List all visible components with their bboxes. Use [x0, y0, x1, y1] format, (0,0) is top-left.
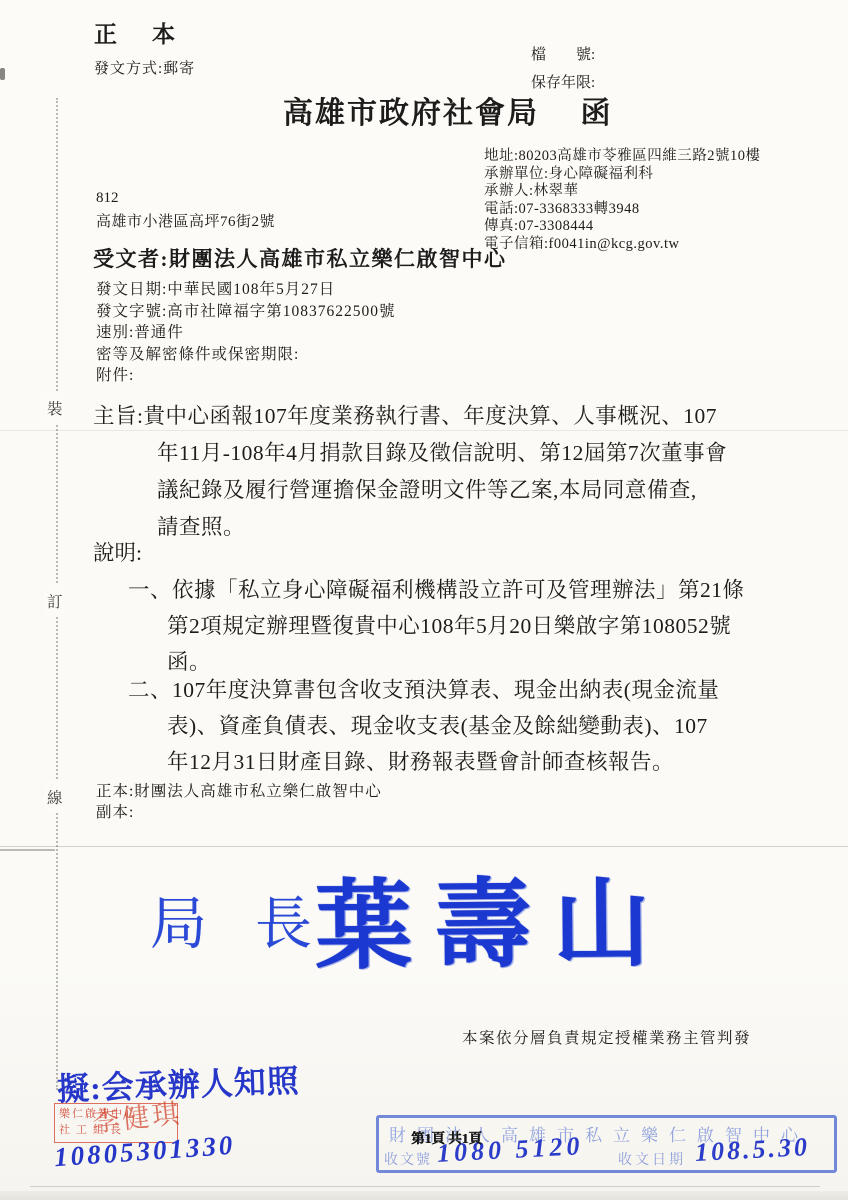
receipt-stamp-no-label: 收文號: [384, 1149, 432, 1169]
subject-line: 年11月-108年4月捐款目錄及徵信說明、第12屆第7次董事會: [157, 436, 727, 467]
sender-phone: 電話:07-3368333轉3948: [484, 201, 761, 219]
meta-attachment: 附件:: [96, 365, 396, 387]
cc-copy: 副本:: [96, 800, 134, 822]
meta-date: 發文日期:中華民國108年5月27日: [96, 279, 396, 301]
sender-email: 電子信箱:f0041in@kcg.gov.tw: [484, 236, 761, 254]
scan-edge-shadow: [0, 1191, 848, 1200]
explanation-item1-line: 一、依據「私立身心障礙福利機構設立許可及管理辦法」第21條: [128, 573, 745, 604]
subject-line: 主旨:貴中心函報107年度業務執行書、年度決算、人事概況、107: [93, 399, 717, 430]
receipt-stamp-date-label: 收文日期: [618, 1149, 686, 1169]
explanation-heading: 說明:: [93, 536, 142, 567]
fold-line: [0, 849, 55, 851]
recipient-line: 受文者:財團法人高雄市私立樂仁啟智中心: [93, 243, 507, 273]
file-number-label: 檔 號:: [531, 43, 595, 64]
binding-margin-char-zhuang: 裝: [45, 392, 65, 424]
meta-security: 密等及解密條件或保密期限:: [96, 344, 396, 366]
subject-line: 請查照。: [157, 510, 245, 541]
sender-contact-block: 地址:80203高雄市苓雅區四維三路2號10樓 承辦單位:身心障礙福利科 承辦人…: [484, 148, 761, 253]
recipient-zip: 812: [96, 190, 119, 207]
delegation-note: 本案依分層負責規定授權業務主管判發: [462, 1026, 751, 1048]
document-page: 裝 訂 線 正 本 發文方式:郵寄 檔 號: 保存年限: 高雄市政府社會局 函 …: [0, 0, 848, 1200]
fold-line: [30, 1186, 820, 1187]
director-name-stamp: 葉壽山: [314, 844, 672, 987]
explanation-item2-line: 年12月31日財產目錄、財務報表暨會計師查核報告。: [167, 745, 674, 776]
receipt-stamp-date-value: 108.5.30: [694, 1132, 810, 1168]
copy-type-label: 正 本: [94, 16, 181, 49]
cc-original: 正本:財團法人高雄市私立樂仁啟智中心: [96, 779, 382, 801]
dispatch-method-label: 發文方式:郵寄: [94, 57, 195, 78]
binding-margin-char-ding: 訂: [45, 585, 65, 617]
explanation-item2-line: 二、107年度決算書包含收支預決算表、現金出納表(現金流量: [128, 673, 719, 704]
meta-block: 發文日期:中華民國108年5月27日 發文字號:高市社障福字第108376225…: [96, 279, 396, 387]
scan-artifact: [0, 68, 5, 80]
meta-doc-number: 發文字號:高市社障福字第10837622500號: [96, 301, 396, 323]
explanation-item2-line: 表)、資產負債表、現金收支表(基金及餘絀變動表)、107: [167, 709, 708, 740]
explanation-item1-line: 第2項規定辦理暨復貴中心108年5月20日樂啟字第108052號: [167, 609, 731, 640]
binding-margin-char-xian: 線: [45, 781, 65, 813]
fold-line: [0, 430, 848, 431]
sender-unit: 承辦單位:身心障礙福利科: [484, 166, 761, 184]
document-title: 高雄市政府社會局 函: [283, 88, 613, 132]
recipient-mailing-address: 高雄市小港區高坪76街2號: [96, 210, 275, 231]
sender-address: 地址:80203高雄市苓雅區四維三路2號10樓: [484, 148, 761, 166]
subject-line: 議紀錄及履行營運擔保金證明文件等乙案,本局同意備查,: [157, 473, 697, 504]
sender-fax: 傳真:07-3308444: [484, 218, 761, 236]
explanation-item1-line: 函。: [167, 645, 211, 676]
sender-contact-person: 承辦人:林翠華: [484, 183, 761, 201]
meta-speed: 速別:普通件: [96, 322, 396, 344]
page-indicator: 第1頁 共1頁: [411, 1127, 482, 1147]
